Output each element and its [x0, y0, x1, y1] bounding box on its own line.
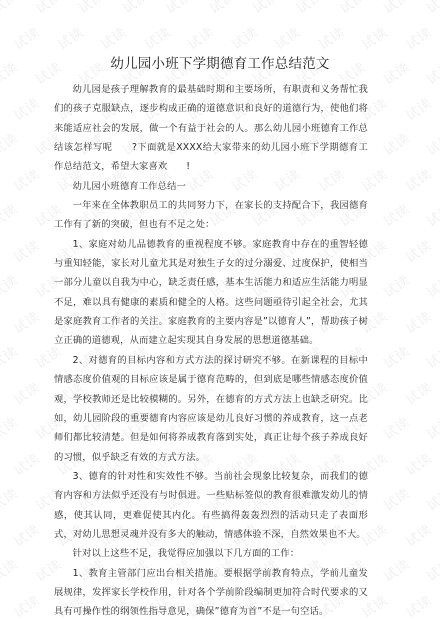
- issue-3-paragraph: 3、德育的针对性和实效性不够。当前社会现象比较复杂，而我们的德育内容和方法似乎还…: [54, 467, 368, 544]
- document-body: 幼儿园是孩子理解教育的最基础时期和主要场所，有职责和义务帮忙我们的孩子克服缺点，…: [54, 80, 368, 620]
- intro-paragraph: 幼儿园是孩子理解教育的最基础时期和主要场所，有职责和义务帮忙我们的孩子克服缺点，…: [54, 80, 368, 177]
- overview-paragraph: 一年来在全体教职员工的共同努力下，在家长的支持配合下，我园德育工作有了新的突破，…: [54, 196, 368, 235]
- issue-1-paragraph: 1、家庭对幼儿品德教育的重视程度不够。家庭教育中存在的重智轻德与重知轻能，家长对…: [54, 235, 368, 351]
- issue-2-paragraph: 2、对德育的目标内容和方式方法的探讨研究不够。在新课程的目标中情感态度价值观的目…: [54, 351, 368, 467]
- measure-1-paragraph: 1、教育主管部门应出台相关措施。要根据学前教育特点，学前儿童发展规律，发挥家长学…: [54, 564, 368, 620]
- section-heading: 幼儿园小班德育工作总结一: [54, 177, 368, 196]
- document-page: 幼儿园小班下学期德育工作总结范文 幼儿园是孩子理解教育的最基础时期和主要场所，有…: [0, 0, 440, 620]
- document-title: 幼儿园小班下学期德育工作总结范文: [0, 52, 440, 72]
- measures-intro-paragraph: 针对以上这些不足，我觉得应加强以下几方面的工作：: [54, 544, 368, 563]
